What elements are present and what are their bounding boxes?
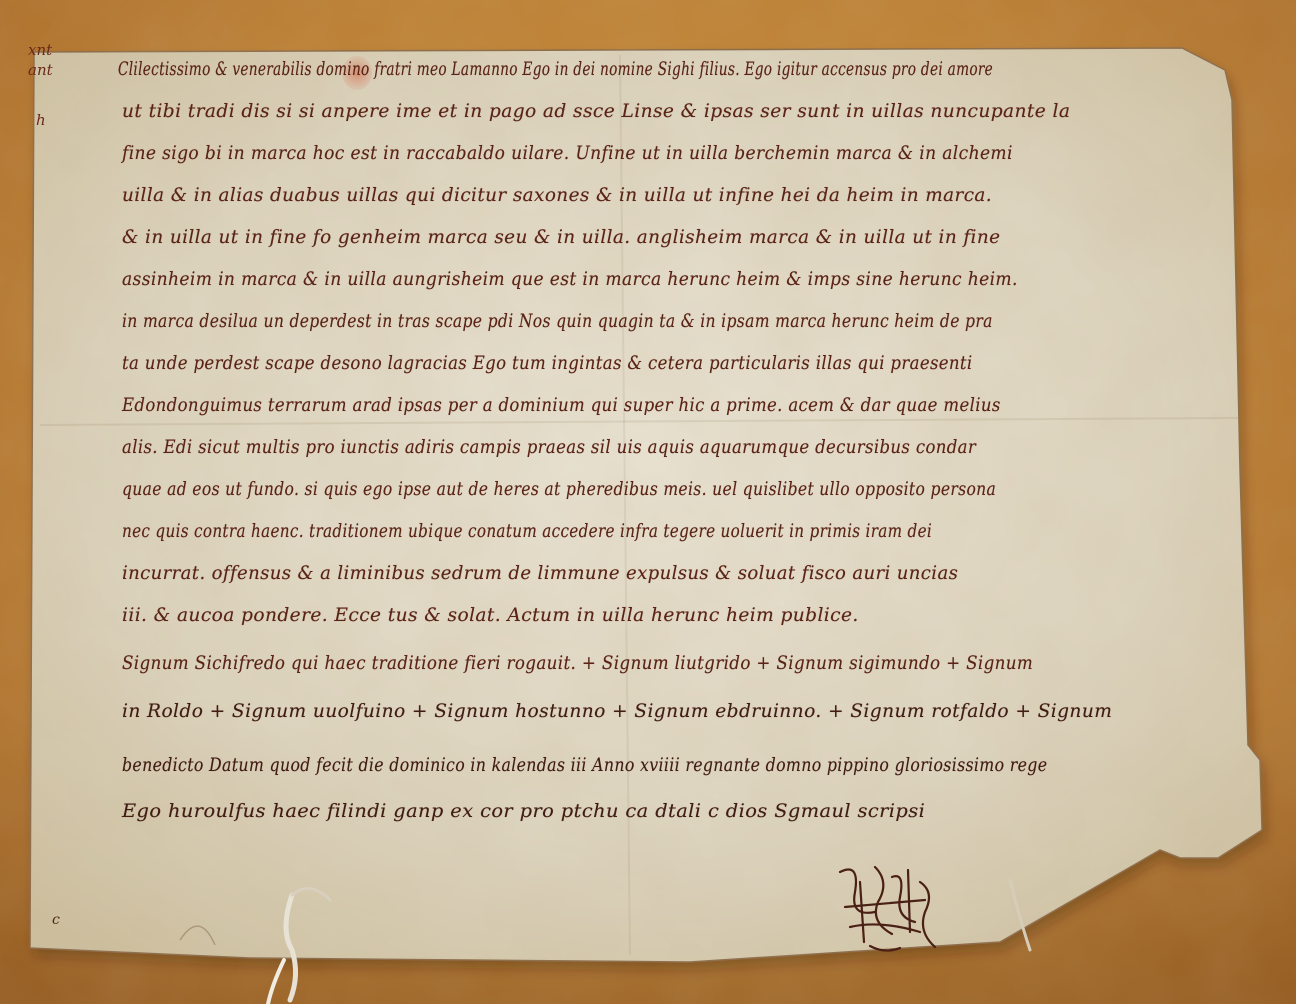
text-line: Edondonguimus terrarum arad ipsas per a …	[122, 394, 1001, 416]
text-line: benedicto Datum quod fecit die dominico …	[122, 754, 1047, 776]
text-line: quae ad eos ut fundo. si quis ego ipse a…	[122, 478, 996, 500]
text-line: in Roldo + Signum uuolfuino + Signum hos…	[122, 700, 1112, 722]
charter-text: Clilectissimo & venerabilis domino fratr…	[0, 0, 1296, 1004]
text-line: iii. & aucoa pondere. Ecce tus & solat. …	[122, 604, 859, 626]
text-line: ta unde perdest scape desono lagracias E…	[122, 352, 973, 374]
text-line: Clilectissimo & venerabilis domino fratr…	[118, 58, 993, 80]
text-line: Ego huroulfus haec filindi ganp ex cor p…	[122, 800, 925, 822]
text-line: assinheim in marca & in uilla aungrishei…	[122, 268, 1018, 290]
text-line: Signum Sichifredo qui haec traditione fi…	[122, 652, 1033, 674]
corner-mark: c	[52, 912, 60, 928]
text-line: & in uilla ut in fine fo genheim marca s…	[122, 226, 1000, 248]
text-line: nec quis contra haenc. traditionem ubiqu…	[122, 520, 932, 542]
text-line: fine sigo bi in marca hoc est in raccaba…	[122, 142, 1013, 164]
text-line: incurrat. offensus & a liminibus sedrum …	[122, 562, 958, 584]
text-line: in marca desilua un deperdest in tras sc…	[122, 310, 993, 332]
text-line: uilla & in alias duabus uillas qui dicit…	[122, 184, 992, 206]
text-line: ut tibi tradi dis si si anpere ime et in…	[122, 100, 1070, 122]
text-line: alis. Edi sicut multis pro iunctis adiri…	[122, 436, 976, 458]
signature-monogram-icon	[830, 862, 950, 958]
